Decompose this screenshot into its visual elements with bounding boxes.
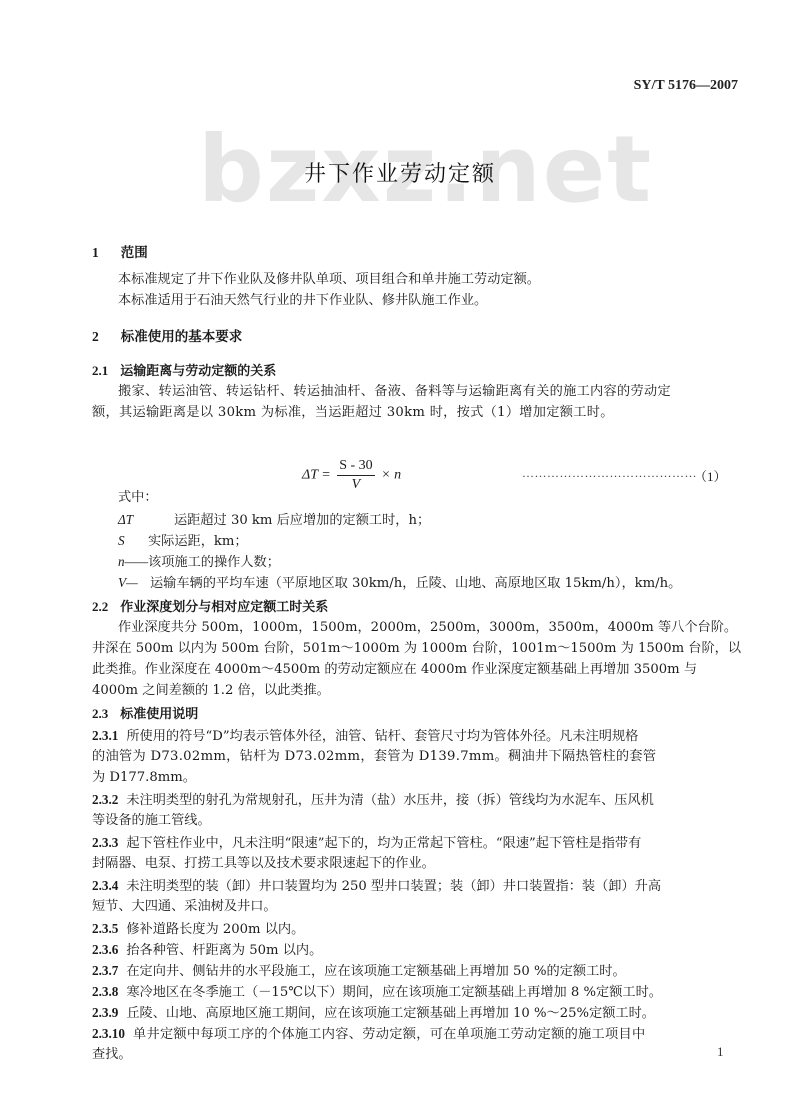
paragraph-line: 额，其运输距离是以 30km 为标准，当运距超过 30km 时，按式（1）增加定…	[92, 406, 614, 419]
equation-1: ΔT = S - 30 V × n	[302, 458, 401, 493]
standard-code: SY/T 5176—2007	[634, 78, 738, 94]
where-label: 式中：	[118, 491, 158, 504]
paragraph-line: 等设备的施工管线。	[92, 814, 211, 827]
clause-2-3-4: 2.3.4未注明类型的装（卸）井口装置均为 250 型井口装置；装（卸）井口装置…	[92, 879, 661, 893]
clause-2-3-10: 2.3.10单井定额中每项工序的个体施工内容、劳动定额，可在单项施工劳动定额的施…	[92, 1027, 646, 1041]
paragraph-line: 井深在 500m 以内为 500m 台阶，501m～1000m 为 1000m …	[92, 642, 741, 655]
section-1-heading: 1范围	[92, 246, 148, 261]
document-title: 井下作业劳动定额	[0, 157, 800, 188]
paragraph-line: 此类推。作业深度在 4000m～4500m 的劳动定额应在 4000m 作业深度…	[92, 663, 697, 676]
equation-number: （1）	[694, 466, 727, 485]
clause-2-3-7: 2.3.7在定向井、侧钻井的水平段施工，应在该项施工定额基础上再增加 50 %的…	[92, 964, 626, 978]
definition-item: ΔT运距超过 30 km 后应增加的定额工时，h；	[118, 513, 430, 527]
paragraph-line: 短节、大四通、采油树及井口。	[92, 900, 277, 913]
clause-2-3-5: 2.3.5修补道路长度为 200m 以内。	[92, 922, 304, 936]
definition-item: V—运输车辆的平均车速（平原地区取 30km/h，丘陵、山地、高原地区取 15k…	[118, 576, 681, 590]
paragraph-line: 搬家、转运油管、转运钻杆、转运抽油杆、备液、备料等与运输距离有关的施工内容的劳动…	[118, 385, 671, 398]
clause-2-3-9: 2.3.9丘陵、山地、高原地区施工期间，应在该项施工定额基础上再增加 10 %～…	[92, 1006, 655, 1020]
clause-2-3-8: 2.3.8寒冷地区在冬季施工（－15℃以下）期间，应在该项施工定额基础上再增加 …	[92, 985, 662, 999]
paragraph-line: 作业深度共分 500m，1000m，1500m，2000m，2500m，3000…	[118, 621, 737, 634]
paragraph-line: 查找。	[92, 1048, 132, 1061]
paragraph-line: 4000m 之间差额的 1.2 倍，以此类推。	[92, 684, 330, 697]
clause-2-3-3: 2.3.3起下管柱作业中，凡未注明“限速”起下的，均为正常起下管柱。“限速”起下…	[92, 836, 641, 850]
clause-2-3-6: 2.3.6抬各种管、杆距离为 50m 以内。	[92, 943, 322, 957]
section-2-heading: 2标准使用的基本要求	[92, 330, 242, 345]
clause-2-3-1: 2.3.1所使用的符号“D”均表示管体外径，油管、钻杆、套管尺寸均为管体外径。凡…	[92, 729, 638, 743]
page-number: 1	[717, 1044, 724, 1060]
definition-item: n——该项施工的操作人数；	[118, 555, 280, 569]
clause-2-3-2: 2.3.2未注明类型的射孔为常规射孔，压井为清（盐）水压井，接（拆）管线均为水泥…	[92, 793, 654, 807]
definition-item: S实际运距，km；	[118, 534, 248, 548]
section-2-3-heading: 2.3标准使用说明	[92, 707, 198, 721]
equation-leader-dots: ……………………………………	[522, 466, 697, 481]
section-2-1-heading: 2.1运输距离与劳动定额的关系	[92, 364, 276, 378]
section-2-2-heading: 2.2作业深度划分与相对应定额工时关系	[92, 600, 328, 614]
paragraph: 本标准适用于石油天然气行业的井下作业队、修井队施工作业。	[118, 294, 487, 307]
paragraph-line: 为 D177.8mm。	[92, 771, 196, 784]
paragraph: 本标准规定了井下作业队及修井队单项、项目组合和单井施工劳动定额。	[118, 273, 540, 286]
paragraph-line: 封隔器、电泵、打捞工具等以及技术要求限速起下的作业。	[92, 857, 435, 870]
fraction: S - 30 V	[337, 458, 374, 493]
paragraph-line: 的油管为 D73.02mm，钻杆为 D73.02mm，套管为 D139.7mm。…	[92, 750, 656, 763]
